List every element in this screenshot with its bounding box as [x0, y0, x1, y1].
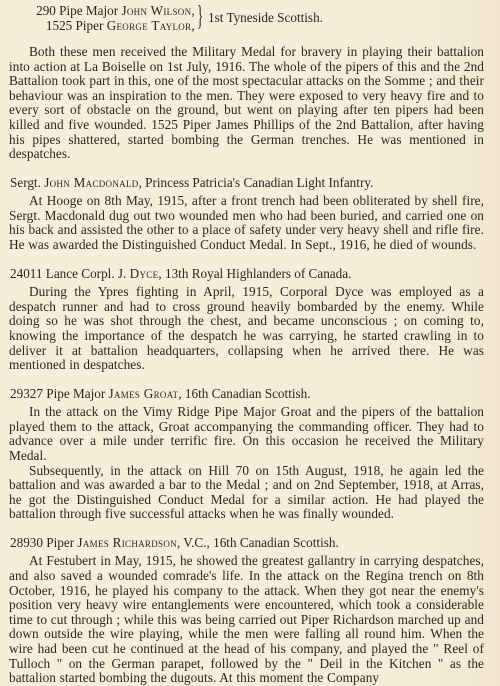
document-page: 290 Pipe Major John Wilson, 1525 Piper G…: [0, 0, 500, 686]
heading-suffix: , V.C., 16th Canadian Scottish.: [177, 535, 339, 550]
spacer: [9, 522, 484, 536]
heading-name: John Macdonald: [44, 175, 138, 190]
service-number: 1525: [46, 18, 72, 33]
heading-prefix: Sergt.: [10, 175, 44, 190]
service-number: 290: [36, 3, 56, 18]
heading-suffix: , Princess Patricia's Canadian Light Inf…: [139, 175, 374, 190]
entry-heading: 28930 Piper James Richardson, V.C., 16th…: [9, 536, 484, 551]
paragraph: At Festubert in May, 1915, he showed the…: [9, 554, 484, 685]
section-richardson: 28930 Piper James Richardson, V.C., 16th…: [9, 536, 484, 686]
header-name-line: 290 Pipe Major John Wilson,: [9, 4, 195, 19]
paragraph: Subsequently, in the attack on Hill 70 o…: [9, 464, 484, 522]
unit-name: 1st Tyneside Scottish.: [208, 11, 323, 26]
heading-name: James Richardson: [77, 535, 177, 550]
header-name-line: 1525 Piper George Taylor,: [9, 19, 195, 34]
spacer: [9, 162, 484, 176]
paragraph: At Hooge on 8th May, 1915, after a front…: [9, 194, 484, 252]
heading-name: James Groat: [109, 386, 179, 401]
rank: Pipe Major: [59, 3, 118, 18]
section-dyce: 24011 Lance Corpl. J. Dyce, 13th Royal H…: [9, 267, 484, 373]
brace-bracket: }: [197, 1, 203, 31]
heading-name: Dyce: [130, 266, 159, 281]
section-groat: 29327 Pipe Major James Groat, 16th Canad…: [9, 387, 484, 522]
entry-heading: 24011 Lance Corpl. J. Dyce, 13th Royal H…: [9, 267, 484, 282]
section-macdonald: Sergt. John Macdonald, Princess Patricia…: [9, 176, 484, 253]
rank: Piper: [76, 18, 104, 33]
spacer: [9, 373, 484, 387]
heading-prefix: 28930 Piper: [10, 535, 77, 550]
paragraph: During the Ypres fighting in April, 1915…: [9, 285, 484, 373]
soldier-name: John Wilson,: [121, 3, 195, 18]
paragraph: In the attack on the Vimy Ridge Pipe Maj…: [9, 405, 484, 463]
header-names: 290 Pipe Major John Wilson, 1525 Piper G…: [9, 4, 195, 33]
heading-suffix: , 16th Canadian Scottish.: [178, 386, 310, 401]
soldier-name: George Taylor,: [107, 18, 195, 33]
entry-heading: 29327 Pipe Major James Groat, 16th Canad…: [9, 387, 484, 402]
paragraph: Both these men received the Military Med…: [9, 45, 484, 162]
entry-heading: Sergt. John Macdonald, Princess Patricia…: [9, 176, 484, 191]
heading-suffix: , 13th Royal Highlanders of Canada.: [158, 266, 351, 281]
section-wilson-taylor: Both these men received the Military Med…: [9, 45, 484, 162]
heading-prefix: 29327 Pipe Major: [10, 386, 109, 401]
spacer: [9, 253, 484, 267]
header-group: 290 Pipe Major John Wilson, 1525 Piper G…: [9, 0, 484, 45]
heading-prefix: 24011 Lance Corpl. J.: [10, 266, 130, 281]
